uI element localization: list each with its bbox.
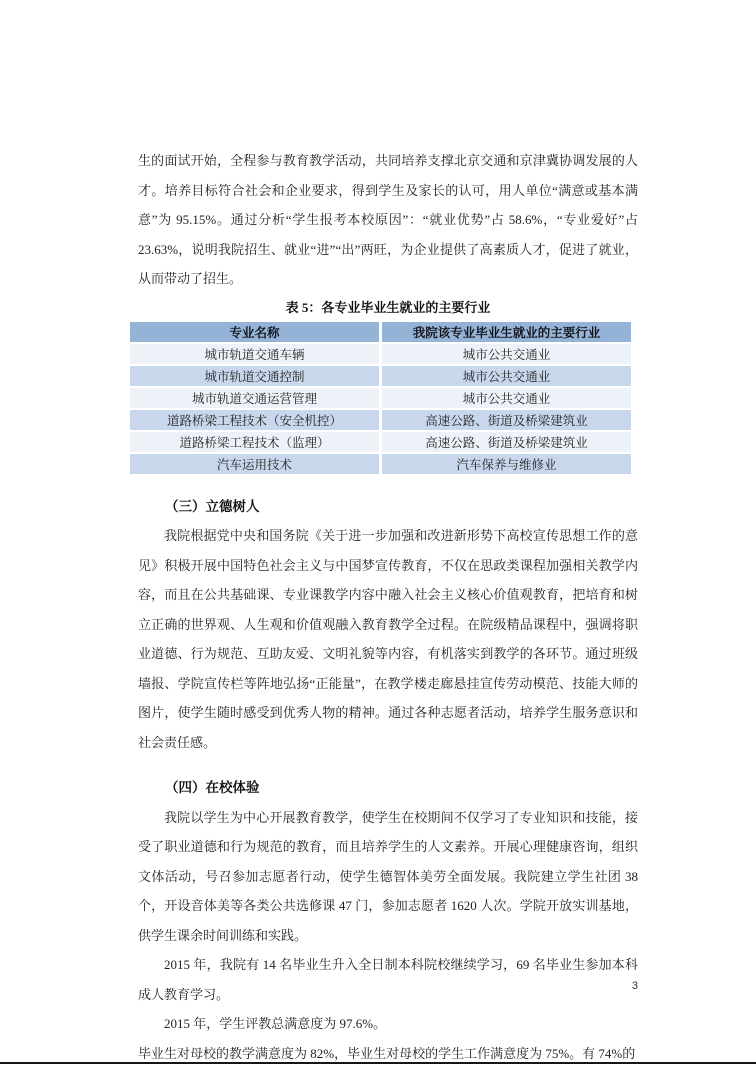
table-cell: 道路桥梁工程技术（安全机控） [130, 410, 379, 430]
table-row: 城市轨道交通控制城市公共交通业 [130, 366, 631, 386]
document-page: 生的面试开始，全程参与教育教学活动，共同培养支撑北京交通和京津冀协调发展的人才。… [138, 0, 638, 1068]
table-head: 专业名称我院该专业毕业生就业的主要行业 [130, 322, 631, 342]
table-row: 汽车运用技术汽车保养与维修业 [130, 454, 631, 474]
page-bottom-edge [0, 1062, 756, 1064]
table-cell: 道路桥梁工程技术（监理） [130, 432, 379, 452]
body-paragraph: 2015 年，学生评教总满意度为 97.6%。 [138, 1009, 638, 1039]
table-header-cell: 我院该专业毕业生就业的主要行业 [382, 322, 631, 342]
table-cell: 城市公共交通业 [382, 344, 631, 364]
table-cell: 城市公共交通业 [382, 366, 631, 386]
body-paragraph: 我院以学生为中心开展教育教学，使学生在校期间不仅学习了专业知识和技能，接受了职业… [138, 803, 638, 951]
table-cell: 高速公路、街道及桥梁建筑业 [382, 432, 631, 452]
document-section: （三）立德树人我院根据党中央和国务院《关于进一步加强和改进新形势下高校宣传思想工… [138, 492, 638, 758]
table-header-row: 专业名称我院该专业毕业生就业的主要行业 [130, 322, 631, 342]
table-cell: 城市公共交通业 [382, 388, 631, 408]
table-header-cell: 专业名称 [130, 322, 379, 342]
table-cell: 汽车保养与维修业 [382, 454, 631, 474]
table-caption: 表 5：各专业毕业生就业的主要行业 [138, 296, 638, 320]
section-heading: （四）在校体验 [138, 773, 638, 803]
table-cell: 汽车运用技术 [130, 454, 379, 474]
table-cell: 城市轨道交通车辆 [130, 344, 379, 364]
table-cell: 城市轨道交通运营管理 [130, 388, 379, 408]
table-row: 城市轨道交通车辆城市公共交通业 [130, 344, 631, 364]
table-body: 城市轨道交通车辆城市公共交通业城市轨道交通控制城市公共交通业城市轨道交通运营管理… [130, 344, 631, 474]
table-cell: 城市轨道交通控制 [130, 366, 379, 386]
majors-employment-table: 专业名称我院该专业毕业生就业的主要行业 城市轨道交通车辆城市公共交通业城市轨道交… [127, 320, 634, 476]
table-row: 城市轨道交通运营管理城市公共交通业 [130, 388, 631, 408]
continuation-paragraph: 生的面试开始，全程参与教育教学活动，共同培养支撑北京交通和京津冀协调发展的人才。… [138, 146, 638, 294]
table-row: 道路桥梁工程技术（监理）高速公路、街道及桥梁建筑业 [130, 432, 631, 452]
section-heading: （三）立德树人 [138, 492, 638, 522]
body-paragraph: 我院根据党中央和国务院《关于进一步加强和改进新形势下高校宣传思想工作的意见》积极… [138, 521, 638, 757]
document-section: （四）在校体验我院以学生为中心开展教育教学，使学生在校期间不仅学习了专业知识和技… [138, 773, 638, 1068]
table-cell: 高速公路、街道及桥梁建筑业 [382, 410, 631, 430]
page-number: 3 [138, 980, 638, 992]
table-row: 道路桥梁工程技术（安全机控）高速公路、街道及桥梁建筑业 [130, 410, 631, 430]
